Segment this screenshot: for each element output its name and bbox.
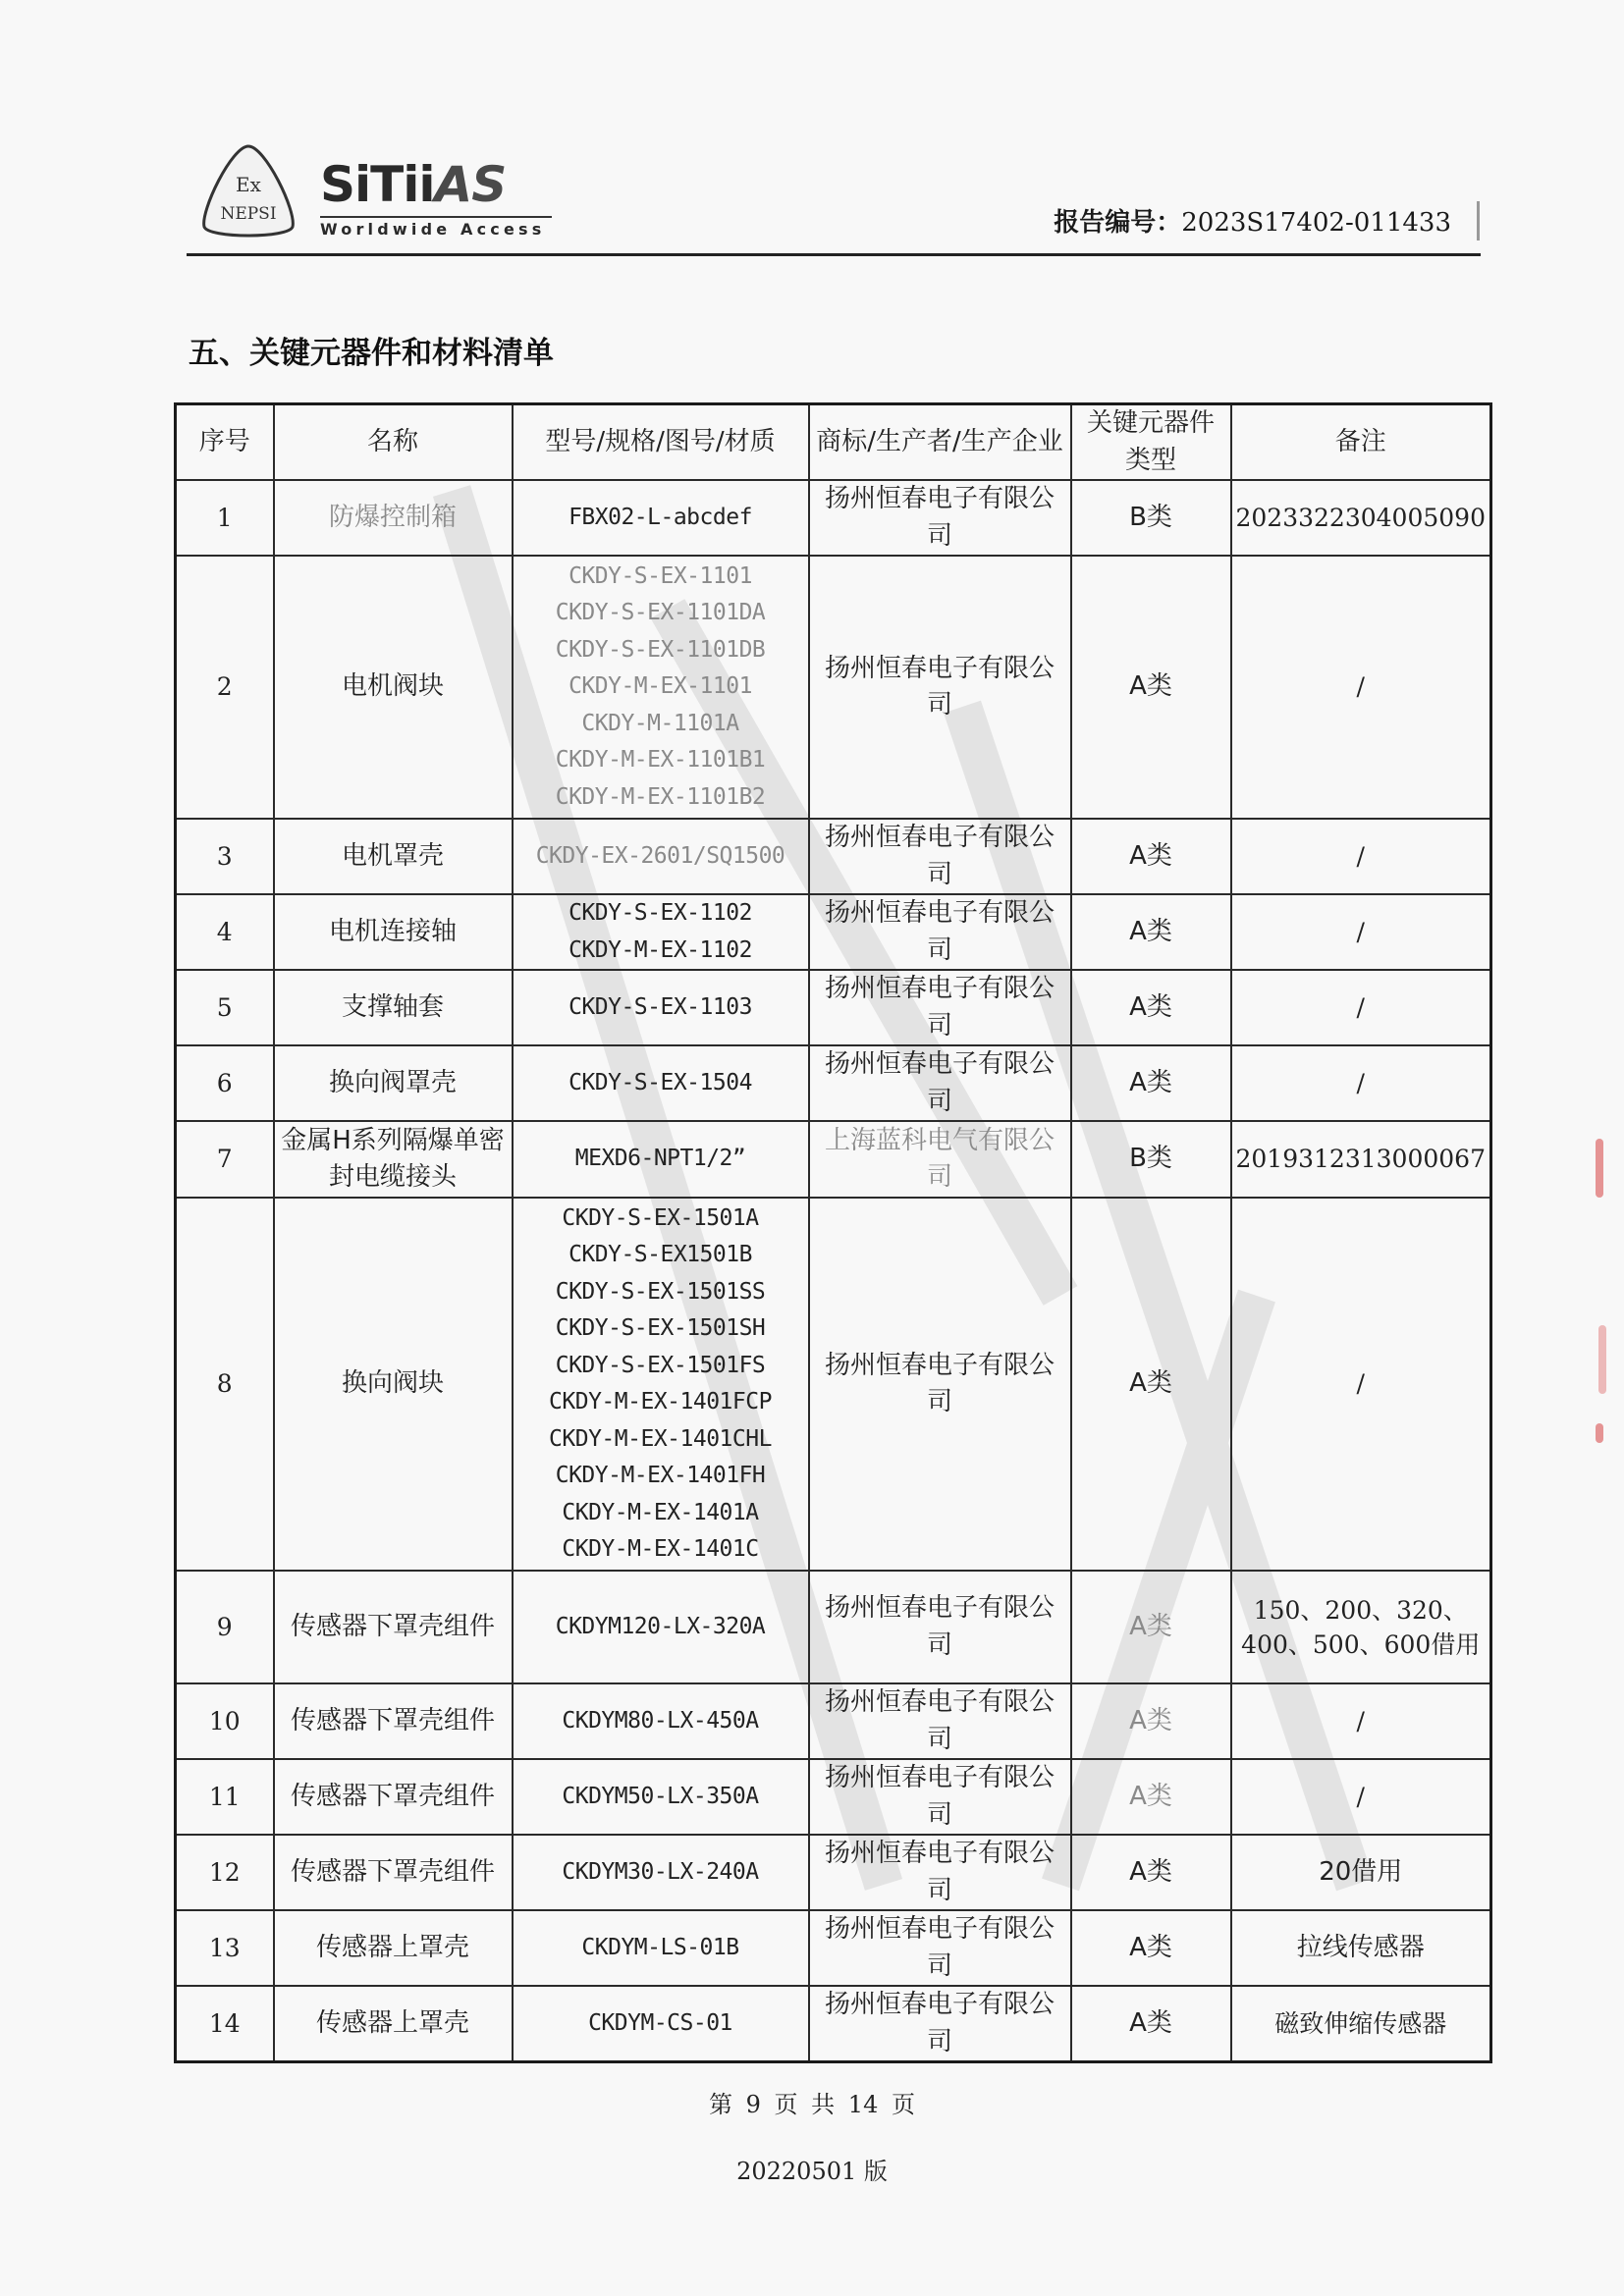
cell-name: 电机连接轴 [274,894,513,970]
report-number-label: 报告编号： [1054,208,1181,238]
cell-remark: 2023322304005090 [1231,480,1491,556]
cell-type: A类 [1071,819,1231,894]
table-row: 7 金属H系列隔爆单密封电缆接头 MEXD6-NPT1/2” 上海蓝科电气有限公… [176,1121,1491,1198]
seal-fragment [1596,1423,1603,1443]
seal-fragment [1598,1325,1606,1394]
model-line: CKDY-M-EX-1101 [517,668,804,706]
cell-type: A类 [1071,1045,1231,1121]
table-row: 4 电机连接轴 CKDY-S-EX-1102 CKDY-M-EX-1102 扬州… [176,894,1491,970]
cell-remark: 磁致伸缩传感器 [1231,1986,1491,2062]
cell-name: 防爆控制箱 [274,480,513,556]
cell-model: CKDYM-CS-01 [513,1986,809,2062]
model-line: CKDY-M-EX-1101B1 [517,742,804,779]
cell-remark: / [1231,894,1491,970]
table-row: 12 传感器下罩壳组件 CKDYM30-LX-240A 扬州恒春电子有限公司 A… [176,1835,1491,1910]
table-row: 1 防爆控制箱 FBX02-L-abcdef 扬州恒春电子有限公司 B类 202… [176,480,1491,556]
col-header-remark: 备注 [1231,404,1491,481]
model-line: CKDY-M-EX-1401A [517,1495,804,1532]
svg-text:Ex: Ex [236,173,262,196]
table-row: 13 传感器上罩壳 CKDYM-LS-01B 扬州恒春电子有限公司 A类 拉线传… [176,1910,1491,1986]
cell-type: A类 [1071,894,1231,970]
cell-type: A类 [1071,1835,1231,1910]
cell-no: 8 [176,1198,274,1571]
cell-no: 7 [176,1121,274,1198]
report-number: 报告编号：2023S17402-011433 [1054,202,1451,239]
cell-model: CKDY-S-EX-1102 CKDY-M-EX-1102 [513,894,809,970]
cell-maker: 扬州恒春电子有限公司 [809,1986,1071,2062]
table-row: 3 电机罩壳 CKDY-EX-2601/SQ1500 扬州恒春电子有限公司 A类… [176,819,1491,894]
logo-text-accent: AS [435,156,507,213]
version-label: 20220501 版 [0,2152,1624,2186]
model-line: CKDY-S-EX1501B [517,1237,804,1274]
components-table: 序号 名称 型号/规格/图号/材质 商标/生产者/生产企业 关键元器件类型 备注… [174,402,1492,2063]
cell-maker: 扬州恒春电子有限公司 [809,1045,1071,1121]
table-row: 5 支撑轴套 CKDY-S-EX-1103 扬州恒春电子有限公司 A类 / [176,970,1491,1045]
col-header-name: 名称 [274,404,513,481]
cell-model: CKDY-S-EX-1501A CKDY-S-EX1501B CKDY-S-EX… [513,1198,809,1571]
cell-maker: 扬州恒春电子有限公司 [809,1571,1071,1683]
cell-remark: 150、200、320、400、500、600借用 [1231,1571,1491,1683]
table-row: 8 换向阀块 CKDY-S-EX-1501A CKDY-S-EX1501B CK… [176,1198,1491,1571]
cell-maker: 扬州恒春电子有限公司 [809,556,1071,819]
cell-name: 传感器下罩壳组件 [274,1759,513,1835]
sitiias-logo-wordmark: SiTiiAS [320,157,506,212]
model-line: CKDY-M-1101A [517,706,804,743]
model-line: CKDY-S-EX-1501FS [517,1348,804,1385]
model-line: CKDY-M-EX-1401CHL [517,1421,804,1459]
report-number-value: 2023S17402-011433 [1181,208,1451,238]
table-row: 10 传感器下罩壳组件 CKDYM80-LX-450A 扬州恒春电子有限公司 A… [176,1683,1491,1759]
cell-model: CKDYM80-LX-450A [513,1683,809,1759]
cell-remark: / [1231,970,1491,1045]
cell-remark: / [1231,1759,1491,1835]
cell-type: A类 [1071,1910,1231,1986]
cell-no: 3 [176,819,274,894]
cell-model: CKDYM120-LX-320A [513,1571,809,1683]
cell-remark: / [1231,819,1491,894]
cell-model: CKDY-S-EX-1504 [513,1045,809,1121]
cell-model: CKDYM50-LX-350A [513,1759,809,1835]
model-line: CKDY-S-EX-1501A [517,1201,804,1238]
cell-remark: / [1231,556,1491,819]
cell-model: CKDYM-LS-01B [513,1910,809,1986]
model-line: CKDY-M-EX-1102 [517,933,804,970]
cell-maker: 扬州恒春电子有限公司 [809,1759,1071,1835]
cell-no: 6 [176,1045,274,1121]
logo-underline [320,216,552,218]
cell-maker: 扬州恒春电子有限公司 [809,480,1071,556]
cell-maker: 扬州恒春电子有限公司 [809,1910,1071,1986]
model-line: CKDY-S-EX-1101DB [517,632,804,669]
col-header-no: 序号 [176,404,274,481]
cell-name: 电机罩壳 [274,819,513,894]
cell-no: 4 [176,894,274,970]
cell-maker: 扬州恒春电子有限公司 [809,819,1071,894]
cell-model: CKDY-S-EX-1101 CKDY-S-EX-1101DA CKDY-S-E… [513,556,809,819]
cell-no: 14 [176,1986,274,2062]
cell-name: 换向阀罩壳 [274,1045,513,1121]
cell-type: B类 [1071,1121,1231,1198]
table-row: 14 传感器上罩壳 CKDYM-CS-01 扬州恒春电子有限公司 A类 磁致伸缩… [176,1986,1491,2062]
cell-no: 10 [176,1683,274,1759]
model-line: CKDY-M-EX-1401FH [517,1458,804,1495]
cell-model: CKDY-S-EX-1103 [513,970,809,1045]
model-line: CKDY-S-EX-1101 [517,559,804,596]
model-line: CKDY-M-EX-1401FCP [517,1384,804,1421]
section-title: 五、关键元器件和材料清单 [189,328,554,372]
cell-no: 5 [176,970,274,1045]
document-page: Ex NEPSI SiTiiAS Worldwide Access 报告编号：2… [0,0,1624,2296]
cell-name: 支撑轴套 [274,970,513,1045]
report-header: Ex NEPSI SiTiiAS Worldwide Access 报告编号：2… [194,137,1481,255]
cell-remark: 2019312313000067 [1231,1121,1491,1198]
cell-model: FBX02-L-abcdef [513,480,809,556]
cell-no: 2 [176,556,274,819]
cell-no: 11 [176,1759,274,1835]
header-divider [187,253,1481,256]
cell-name: 传感器下罩壳组件 [274,1835,513,1910]
cell-remark: / [1231,1683,1491,1759]
model-line: CKDY-S-EX-1501SH [517,1310,804,1348]
svg-text:NEPSI: NEPSI [220,204,276,224]
logo-text-main: SiTii [320,156,435,213]
table-row: 6 换向阀罩壳 CKDY-S-EX-1504 扬州恒春电子有限公司 A类 / [176,1045,1491,1121]
cell-type: A类 [1071,1986,1231,2062]
logo-tagline: Worldwide Access [320,220,546,239]
cell-type: A类 [1071,1759,1231,1835]
col-header-maker: 商标/生产者/生产企业 [809,404,1071,481]
col-header-model: 型号/规格/图号/材质 [513,404,809,481]
cell-type: B类 [1071,480,1231,556]
cell-model: MEXD6-NPT1/2” [513,1121,809,1198]
col-header-type: 关键元器件类型 [1071,404,1231,481]
cell-name: 传感器下罩壳组件 [274,1683,513,1759]
cell-name: 传感器上罩壳 [274,1910,513,1986]
cell-type: A类 [1071,1683,1231,1759]
page-indicator: 第 9 页 共 14 页 [0,2085,1624,2119]
cell-no: 1 [176,480,274,556]
cell-remark: / [1231,1045,1491,1121]
cell-remark: 拉线传感器 [1231,1910,1491,1986]
table-header-row: 序号 名称 型号/规格/图号/材质 商标/生产者/生产企业 关键元器件类型 备注 [176,404,1491,481]
seal-fragment [1596,1139,1603,1198]
cell-name: 传感器上罩壳 [274,1986,513,2062]
cell-model: CKDY-EX-2601/SQ1500 [513,819,809,894]
cell-maker: 扬州恒春电子有限公司 [809,1683,1071,1759]
table-row: 9 传感器下罩壳组件 CKDYM120-LX-320A 扬州恒春电子有限公司 A… [176,1571,1491,1683]
cell-no: 13 [176,1910,274,1986]
cell-maker: 扬州恒春电子有限公司 [809,894,1071,970]
cell-name: 换向阀块 [274,1198,513,1571]
model-line: CKDY-S-EX-1102 [517,895,804,933]
model-line: CKDY-M-EX-1101B2 [517,779,804,817]
cell-no: 9 [176,1571,274,1683]
cell-remark: 20借用 [1231,1835,1491,1910]
model-line: CKDY-S-EX-1501SS [517,1274,804,1311]
cell-name: 传感器下罩壳组件 [274,1571,513,1683]
cell-type: A类 [1071,1571,1231,1683]
scan-edge-mark [1477,201,1480,240]
model-line: CKDY-M-EX-1401C [517,1531,804,1569]
cell-maker: 扬州恒春电子有限公司 [809,1835,1071,1910]
cell-no: 12 [176,1835,274,1910]
cell-remark: / [1231,1198,1491,1571]
model-line: CKDY-S-EX-1101DA [517,595,804,632]
cell-maker: 扬州恒春电子有限公司 [809,1198,1071,1571]
cell-type: A类 [1071,556,1231,819]
cell-model: CKDYM30-LX-240A [513,1835,809,1910]
cell-name: 金属H系列隔爆单密封电缆接头 [274,1121,513,1198]
table-row: 2 电机阀块 CKDY-S-EX-1101 CKDY-S-EX-1101DA C… [176,556,1491,819]
cell-name: 电机阀块 [274,556,513,819]
nepsi-badge-logo: Ex NEPSI [194,142,302,240]
cell-type: A类 [1071,1198,1231,1571]
cell-maker: 扬州恒春电子有限公司 [809,970,1071,1045]
table-row: 11 传感器下罩壳组件 CKDYM50-LX-350A 扬州恒春电子有限公司 A… [176,1759,1491,1835]
cell-maker: 上海蓝科电气有限公司 [809,1121,1071,1198]
cell-type: A类 [1071,970,1231,1045]
